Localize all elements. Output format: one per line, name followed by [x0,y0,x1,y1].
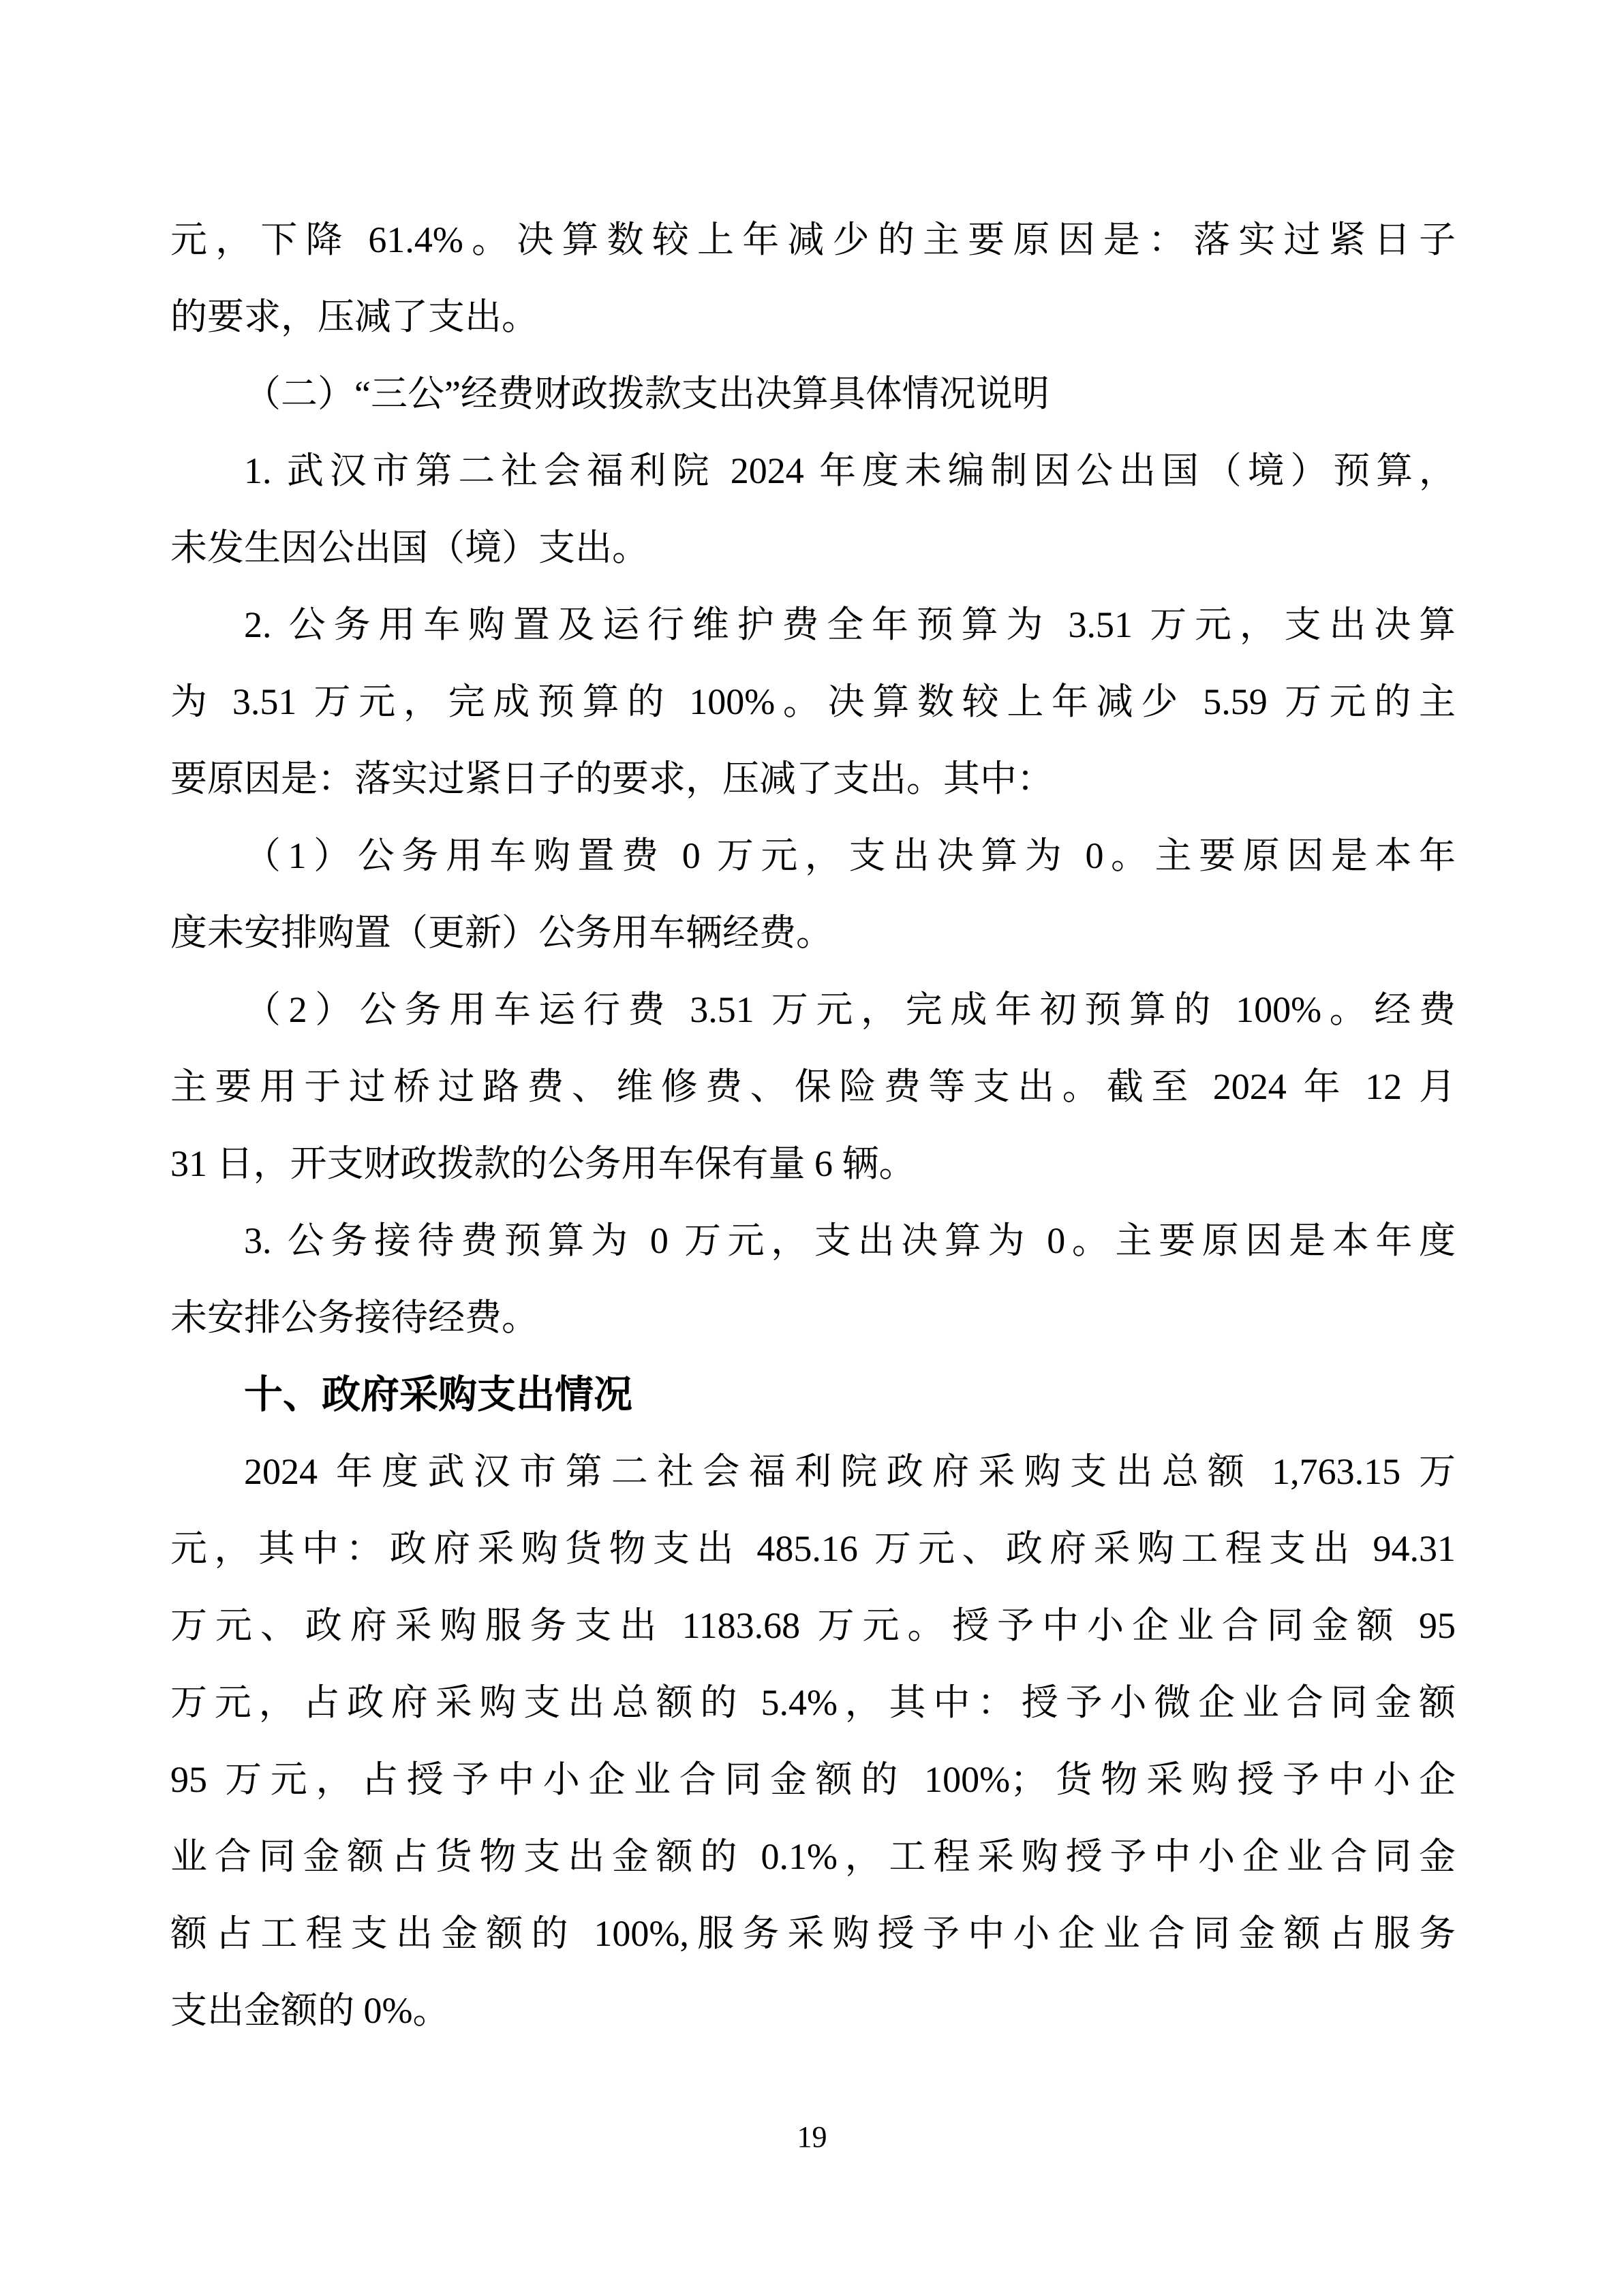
text-line: 3. 公务接待费预算为 0 万元，支出决算为 0。主要原因是本年度 [170,1203,1456,1279]
text-line: 额占工程支出金额的 100%,服务采购授予中小企业合同金额占服务 [170,1895,1456,1972]
text-line: 95 万元，占授予中小企业合同金额的 100%；货物采购授予中小企 [170,1741,1456,1818]
text-line: （1）公务用车购置费 0 万元，支出决算为 0。主要原因是本年 [170,818,1456,895]
text-line: 未发生因公出国（境）支出。 [170,510,1456,587]
text-line: 主要用于过桥过路费、维修费、保险费等支出。截至 2024 年 12 月 [170,1049,1456,1126]
text-line: （2）公务用车运行费 3.51 万元，完成年初预算的 100%。经费 [170,972,1456,1049]
text-line: 31 日，开支财政拨款的公务用车保有量 6 辆。 [170,1126,1456,1203]
text-line: 要原因是：落实过紧日子的要求，压减了支出。其中： [170,741,1456,818]
document-page: 元，下降 61.4%。决算数较上年减少的主要原因是：落实过紧日子 的要求，压减了… [0,0,1624,2296]
text-line: 业合同金额占货物支出金额的 0.1%，工程采购授予中小企业合同金 [170,1818,1456,1895]
subheading-three-public-funds: （二）“三公”经费财政拨款支出决算具体情况说明 [170,356,1456,433]
text-line: 度未安排购置（更新）公务用车辆经费。 [170,895,1456,972]
text-line: 1. 武汉市第二社会福利院 2024 年度未编制因公出国（境）预算， [170,433,1456,510]
text-line: 为 3.51 万元，完成预算的 100%。决算数较上年减少 5.59 万元的主 [170,664,1456,741]
text-line: 元，下降 61.4%。决算数较上年减少的主要原因是：落实过紧日子 [170,202,1456,279]
text-line: 元，其中：政府采购货物支出 485.16 万元、政府采购工程支出 94.31 [170,1510,1456,1587]
text-line: 支出金额的 0%。 [170,1972,1456,2049]
text-line: 2. 公务用车购置及运行维护费全年预算为 3.51 万元，支出决算 [170,587,1456,664]
text-line: 万元，占政府采购支出总额的 5.4%，其中：授予小微企业合同金额 [170,1664,1456,1741]
section-heading-government-procurement: 十、政府采购支出情况 [170,1356,1456,1433]
text-line: 未安排公务接待经费。 [170,1279,1456,1356]
text-line: 2024 年度武汉市第二社会福利院政府采购支出总额 1,763.15 万 [170,1433,1456,1510]
page-number: 19 [0,2120,1624,2154]
document-body: 元，下降 61.4%。决算数较上年减少的主要原因是：落实过紧日子 的要求，压减了… [170,202,1456,2049]
text-line: 的要求，压减了支出。 [170,279,1456,356]
text-line: 万元、政府采购服务支出 1183.68 万元。授予中小企业合同金额 95 [170,1587,1456,1664]
